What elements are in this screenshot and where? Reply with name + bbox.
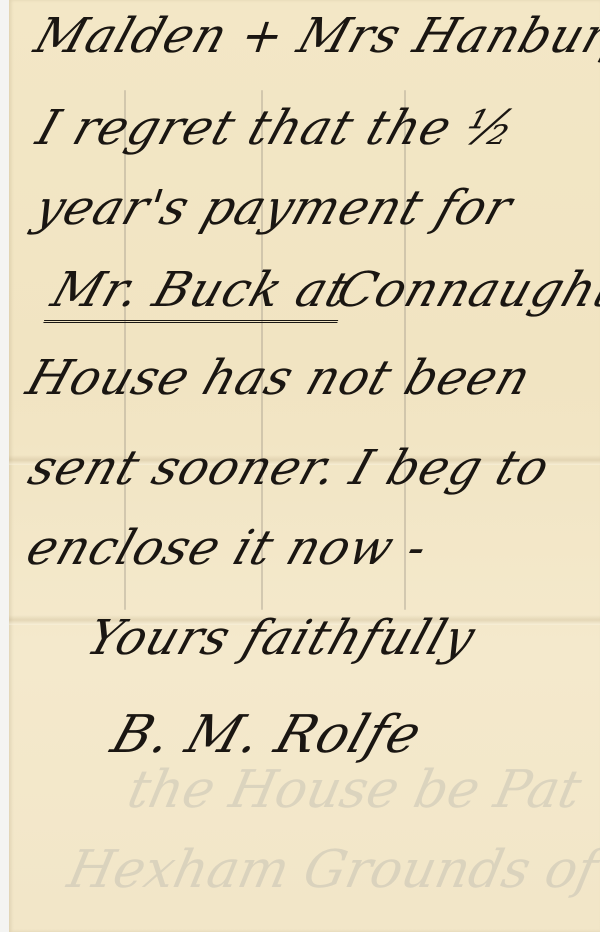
signature: B. M. Rolfe — [104, 705, 429, 765]
letter-line: House has not been — [20, 350, 538, 406]
bleed-through-text: Hexham Grounds of 14 — [63, 840, 600, 900]
letter-line: Connaught — [330, 262, 600, 318]
letter-line: sent sooner. I beg to — [22, 440, 557, 496]
letter-line: I regret that the ½ — [30, 100, 523, 156]
closing: Yours faithfully — [80, 610, 483, 666]
letter-line: Malden + Mrs Hanbury. — [28, 8, 600, 64]
underlined-phrase: Mr. Buck at — [43, 262, 356, 323]
letter-line: Mr. Buck at — [45, 262, 357, 318]
letter-page: the House be Pat Hexham Grounds of 14 Ma… — [9, 0, 600, 932]
bleed-through-text: the House be Pat — [123, 760, 587, 820]
letter-line: enclose it now - — [20, 520, 435, 576]
letter-line: year's payment for — [28, 180, 520, 236]
